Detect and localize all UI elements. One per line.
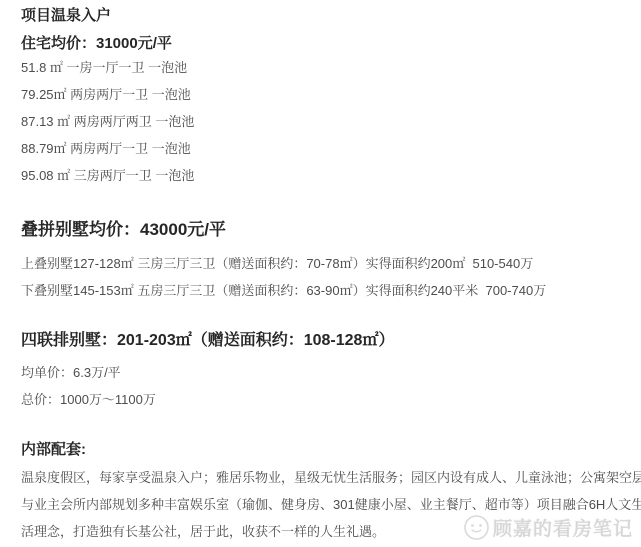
amenities-paragraph: 温泉度假区，每家享受温泉入户；雅居乐物业，星级无忧生活服务；园区内设有成人、儿童… [21, 464, 641, 545]
townhouse-total-price: 总价：1000万～1100万 [21, 386, 641, 413]
townhouse-prices: 均单价：6.3万/平 总价：1000万～1100万 [21, 359, 641, 413]
townhouse-unit-price: 均单价：6.3万/平 [21, 359, 641, 386]
list-item: 下叠别墅145-153㎡ 五房三厅三卫（赠送面积约：63-90㎡）实得面积约24… [21, 277, 641, 304]
paragraph-line: 温泉度假区，每家享受温泉入户；雅居乐物业，星级无忧生活服务；园区内设有成人、儿童… [21, 464, 641, 491]
list-item: 88.79㎡ 两房两厅一卫 一泡池 [21, 135, 641, 162]
paragraph-line: 活理念，打造独有长基公社，居于此，收获不一样的人生礼遇。 [21, 518, 641, 545]
list-item: 上叠别墅127-128㎡ 三房三厅三卫（赠送面积约：70-78㎡）实得面积约20… [21, 250, 641, 277]
article-body: 项目温泉入户 住宅均价：31000元/平 51.8 ㎡ 一房一厅一卫 一泡池 7… [0, 0, 641, 545]
amenities-title: 内部配套: [21, 439, 641, 461]
list-item: 51.8 ㎡ 一房一厅一卫 一泡池 [21, 54, 641, 81]
list-item: 79.25㎡ 两房两厅一卫 一泡池 [21, 81, 641, 108]
stacked-villa-unit-list: 上叠别墅127-128㎡ 三房三厅三卫（赠送面积约：70-78㎡）实得面积约20… [21, 250, 641, 304]
list-item: 87.13 ㎡ 两房两厅两卫 一泡池 [21, 108, 641, 135]
townhouse-title: 四联排别墅：201-203㎡（赠送面积约：108-128㎡） [21, 329, 641, 353]
residential-avg-price: 住宅均价：31000元/平 [21, 34, 641, 54]
residential-unit-list: 51.8 ㎡ 一房一厅一卫 一泡池 79.25㎡ 两房两厅一卫 一泡池 87.1… [21, 54, 641, 189]
list-item: 95.08 ㎡ 三房两厅一卫 一泡池 [21, 162, 641, 189]
paragraph-line: 与业主会所内部规划多种丰富娱乐室（瑜伽、健身房、301健康小屋、业主餐厅、超市等… [21, 491, 641, 518]
stacked-villa-avg-price: 叠拼别墅均价：43000元/平 [21, 218, 641, 242]
section-title-residential: 项目温泉入户 [21, 6, 641, 26]
